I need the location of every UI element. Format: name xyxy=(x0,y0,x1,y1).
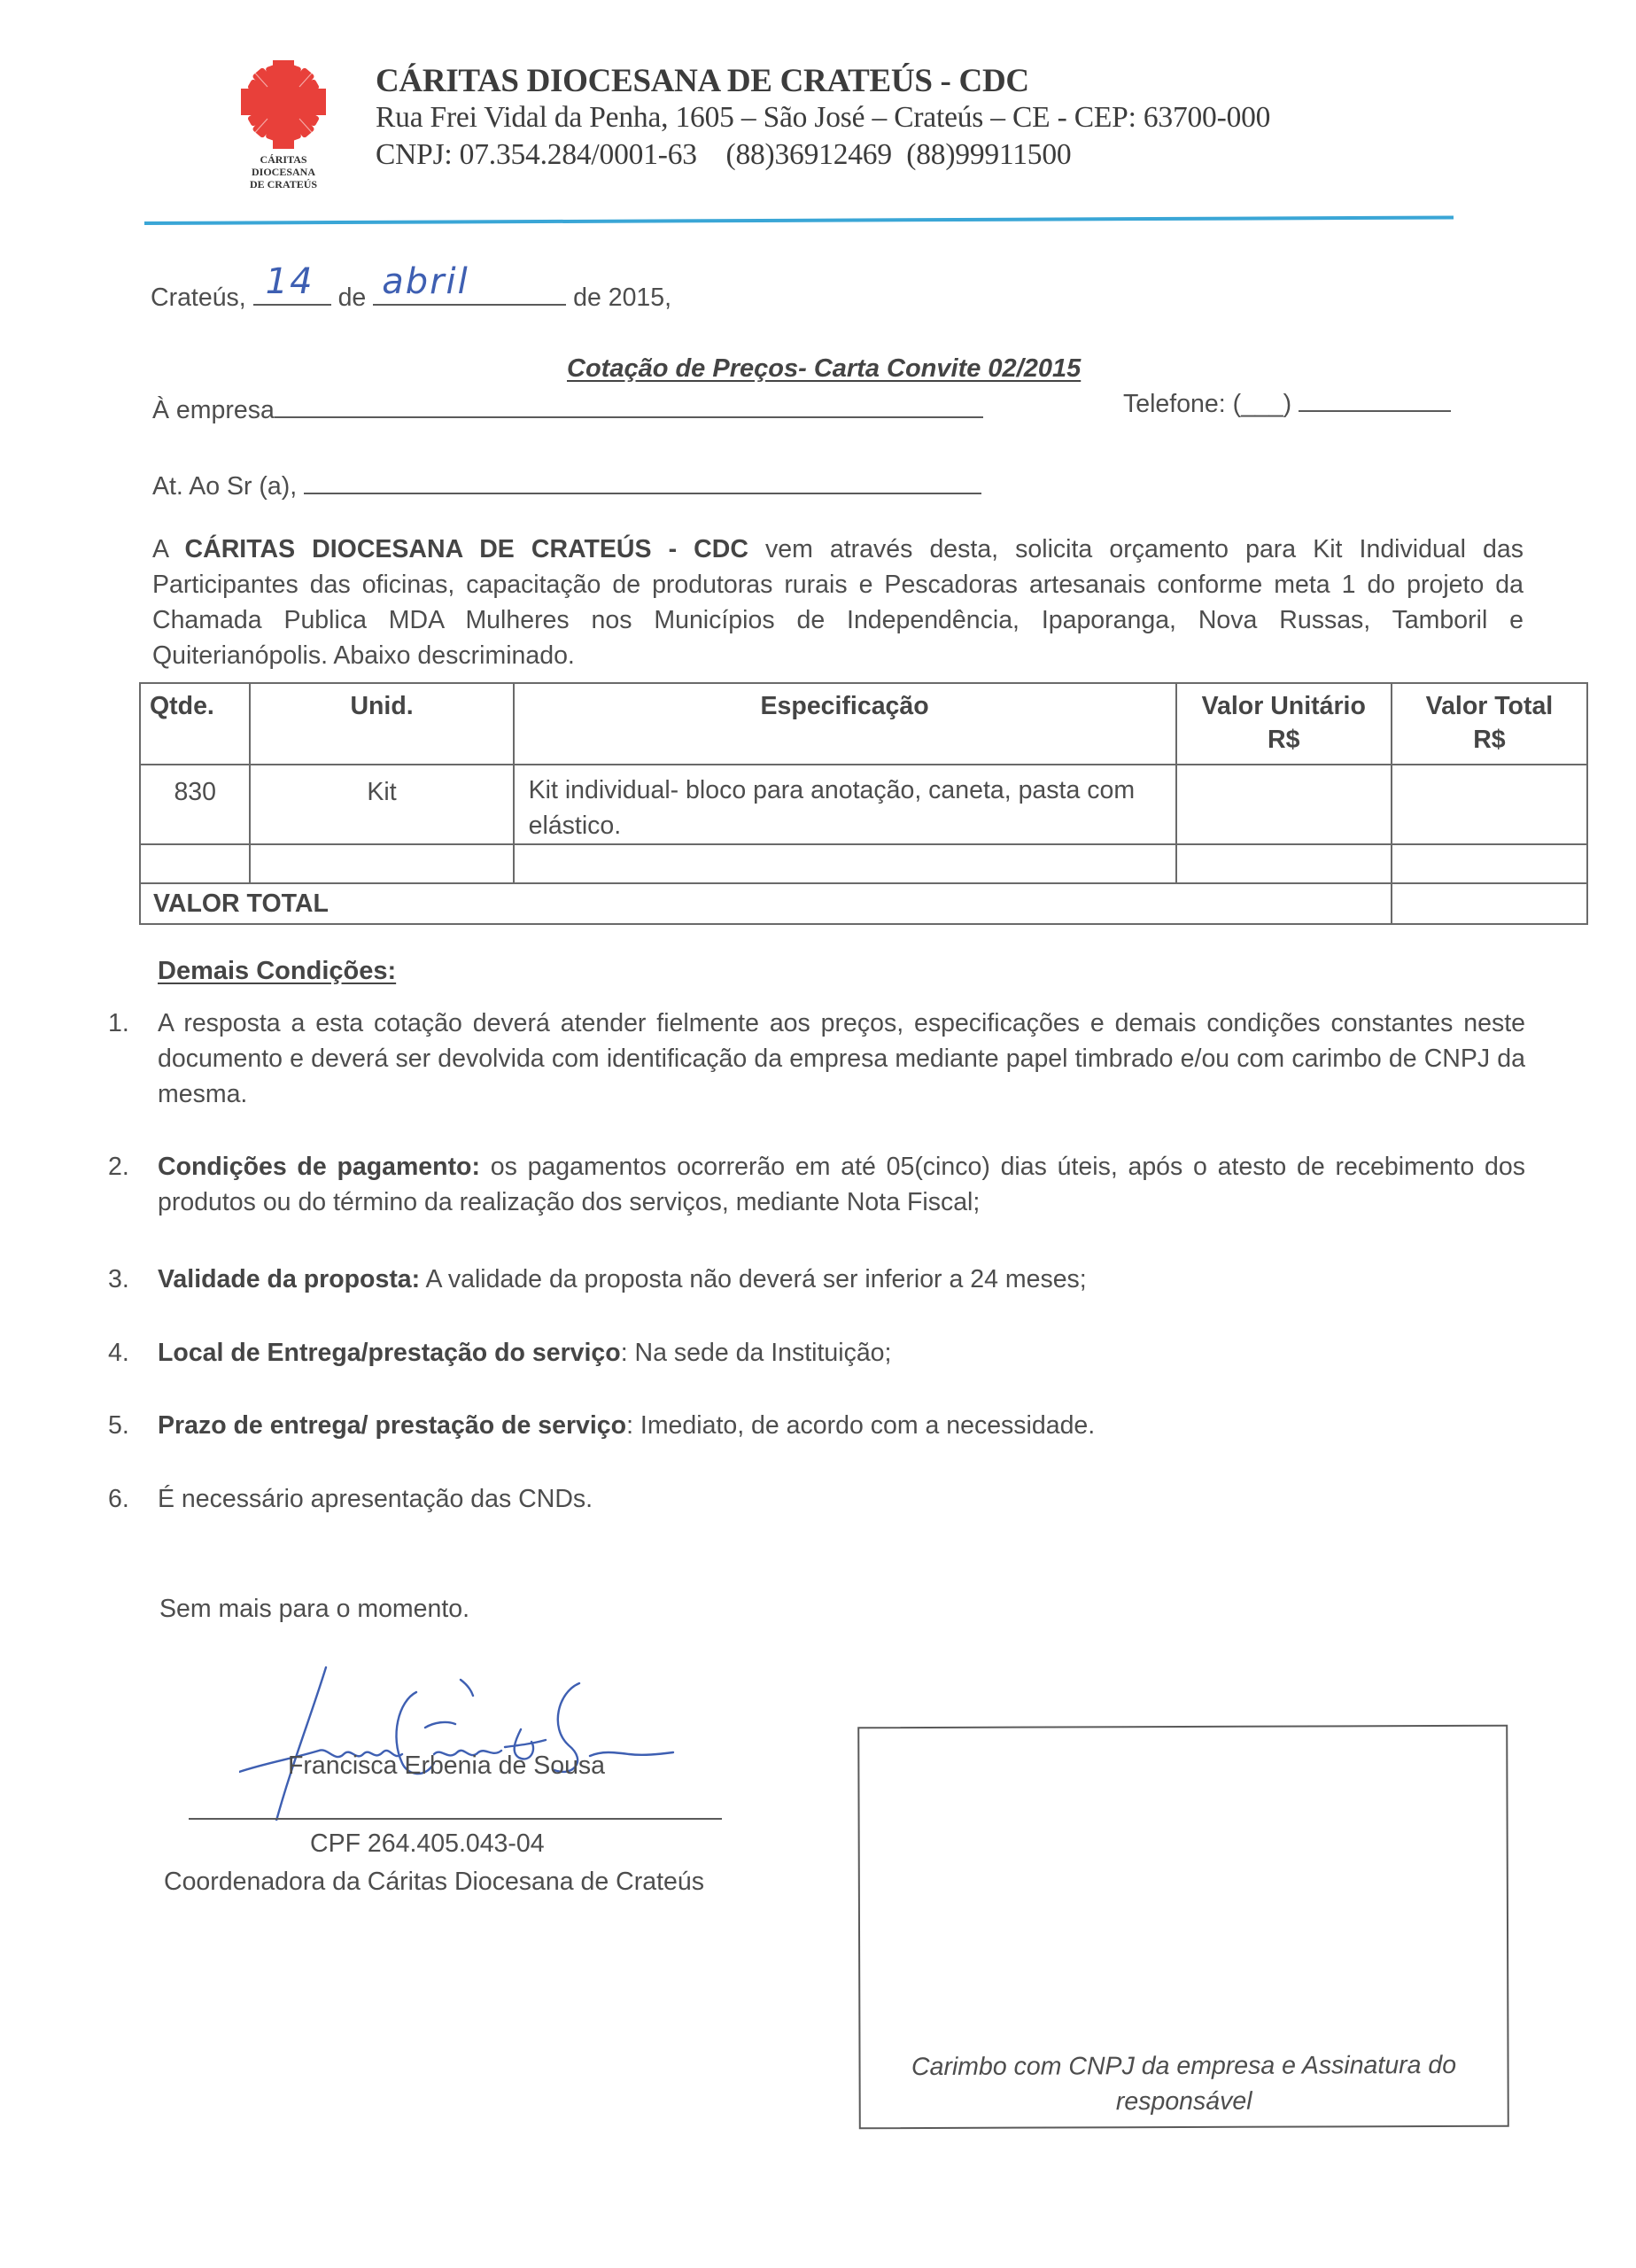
cell-valor-total[interactable] xyxy=(1392,844,1587,883)
signer-role: Coordenadora da Cáritas Diocesana de Cra… xyxy=(164,1868,704,1897)
organization-address: Rua Frei Vidal da Penha, 1605 – São José… xyxy=(376,101,1270,135)
empresa-field[interactable] xyxy=(275,416,983,418)
header-especificacao: Especificação xyxy=(514,683,1176,765)
month-handwritten: abril xyxy=(382,261,469,302)
table-header-row: Qtde. Unid. Especificação Valor Unitário… xyxy=(140,683,1587,765)
condition-item: 4. Local de Entrega/prestação do serviço… xyxy=(108,1335,1525,1371)
table-row: 830 Kit Kit individual- bloco para anota… xyxy=(140,765,1587,844)
cell-qtde: 830 xyxy=(140,765,250,844)
intro-org-name: CÁRITAS DIOCESANA DE CRATEÚS - CDC xyxy=(185,535,748,563)
caritas-cross-icon: CÁRITAS DIOCESANA DE CRATEÚS xyxy=(229,57,338,195)
cell-qtde[interactable] xyxy=(140,844,250,883)
year-label: de 2015, xyxy=(573,283,671,312)
month-field[interactable]: abril xyxy=(373,303,566,306)
svg-text:DE CRATEÚS: DE CRATEÚS xyxy=(250,178,317,190)
header-valor-unitario: Valor Unitário R$ xyxy=(1176,683,1392,765)
empresa-label: À empresa xyxy=(152,396,275,424)
stamp-box-label: Carimbo com CNPJ da empresa e Assinatura… xyxy=(860,2047,1507,2121)
header-divider xyxy=(144,216,1454,225)
svg-text:CÁRITAS: CÁRITAS xyxy=(260,153,306,166)
valor-total-label: VALOR TOTAL xyxy=(140,883,1392,924)
condition-item: 2. Condições de pagamento: os pagamentos… xyxy=(108,1149,1525,1220)
cell-valor-unitario[interactable] xyxy=(1176,844,1392,883)
svg-text:DIOCESANA: DIOCESANA xyxy=(252,166,315,178)
condition-item: 6. É necessário apresentação das CNDs. xyxy=(108,1481,1525,1517)
signer-name: Francisca Erbenia de Sousa xyxy=(288,1751,605,1781)
header-unid: Unid. xyxy=(250,683,513,765)
empresa-row: À empresa xyxy=(152,396,983,425)
signer-cpf: CPF 264.405.043-04 xyxy=(310,1829,545,1859)
document-title: Cotação de Preços- Carta Convite 02/2015 xyxy=(567,354,1081,384)
table-total-row: VALOR TOTAL xyxy=(140,883,1587,924)
city-label: Crateús, xyxy=(151,283,246,312)
caritas-logo: CÁRITAS DIOCESANA DE CRATEÚS xyxy=(229,57,338,195)
header-qtde: Qtde. xyxy=(140,683,250,765)
organization-cnpj-phones: CNPJ: 07.354.284/0001-63 (88)36912469 (8… xyxy=(376,138,1071,172)
day-field[interactable]: 14 xyxy=(253,303,331,306)
conditions-heading: Demais Condições: xyxy=(158,957,396,986)
cell-valor-unitario[interactable] xyxy=(1176,765,1392,844)
atencao-field[interactable] xyxy=(304,492,981,494)
day-handwritten: 14 xyxy=(266,261,314,302)
table-row xyxy=(140,844,1587,883)
condition-item: 3. Validade da proposta: A validade da p… xyxy=(108,1262,1525,1297)
closing-text: Sem mais para o momento. xyxy=(159,1595,469,1624)
cell-unid: Kit xyxy=(250,765,513,844)
organization-name: CÁRITAS DIOCESANA DE CRATEÚS - CDC xyxy=(376,62,1029,100)
valor-total-value[interactable] xyxy=(1392,883,1587,924)
signature-line xyxy=(189,1818,722,1820)
intro-paragraph: A CÁRITAS DIOCESANA DE CRATEÚS - CDC vem… xyxy=(152,532,1524,673)
de-label: de xyxy=(338,283,367,312)
cell-unid[interactable] xyxy=(250,844,513,883)
telefone-row: Telefone: (___) xyxy=(1123,390,1451,419)
header-valor-total: Valor Total R$ xyxy=(1392,683,1587,765)
atencao-label: At. Ao Sr (a), xyxy=(152,472,297,501)
condition-item: 1. A resposta a esta cotação deverá aten… xyxy=(108,1006,1525,1112)
telefone-field[interactable] xyxy=(1299,409,1451,412)
telefone-label: Telefone: (___) xyxy=(1123,390,1291,418)
company-stamp-box[interactable]: Carimbo com CNPJ da empresa e Assinatura… xyxy=(857,1725,1509,2130)
quote-table: Qtde. Unid. Especificação Valor Unitário… xyxy=(139,682,1588,925)
cell-especificacao[interactable] xyxy=(514,844,1176,883)
date-line: Crateús, 14 de abril de 2015, xyxy=(151,283,671,313)
cell-especificacao: Kit individual- bloco para anotação, can… xyxy=(514,765,1176,844)
signature-icon xyxy=(239,1666,700,1821)
condition-item: 5. Prazo de entrega/ prestação de serviç… xyxy=(108,1408,1525,1443)
cell-valor-total[interactable] xyxy=(1392,765,1587,844)
atencao-row: At. Ao Sr (a), xyxy=(152,472,981,501)
